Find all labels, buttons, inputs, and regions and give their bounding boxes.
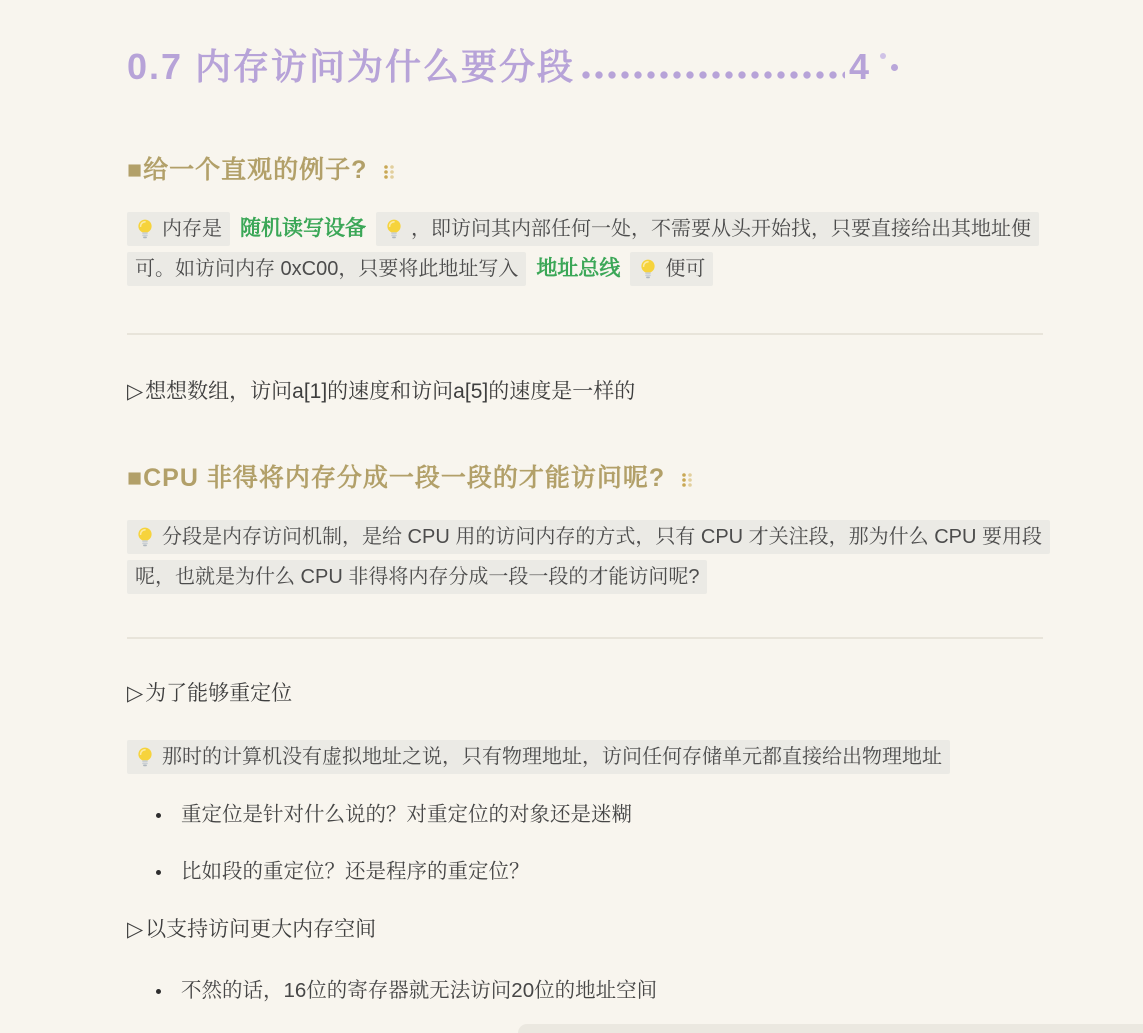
note-text: 那时的计算机没有虚拟地址之说，只有物理地址，访问任何存储单元都直接给出物理地址 — [162, 746, 942, 768]
cursor-dots-decoration — [871, 52, 905, 82]
highlight-note-block: 内存是随机读写设备，即访问其内部任何一处，不需要从头开始找，只要直接给出其地址便… — [127, 209, 1043, 289]
section-heading-text: ■给一个直观的例子? — [127, 155, 367, 185]
lightbulb-icon — [386, 219, 402, 239]
toggle-block: ▷为了能够重定位 — [127, 679, 1043, 709]
highlighted-text: 分段是内存访问机制，是给 CPU 用的访问内存的方式，只有 CPU 才关注段，那… — [127, 520, 1050, 594]
highlighted-text: 那时的计算机没有虚拟地址之说，只有物理地址，访问任何存储单元都直接给出物理地址 — [127, 740, 950, 774]
toggle-text: 以支持访问更大内存空间 — [145, 918, 376, 941]
list-item: 重定位是针对什么说的？对重定位的对象还是迷糊 — [173, 801, 1043, 829]
note-text: 内存是 — [162, 218, 222, 240]
section-divider — [127, 637, 1043, 639]
toggle-text: 为了能够重定位 — [145, 682, 292, 705]
lightbulb-icon — [137, 747, 153, 767]
toggle-block: ▷以支持访问更大内存空间 — [127, 915, 1043, 945]
green-term: 随机读写设备 — [240, 217, 366, 240]
lightbulb-icon — [640, 259, 656, 279]
note-text: 分段是内存访问机制，是给 CPU 用的访问内存的方式，只有 CPU 才关注段，那… — [135, 526, 1042, 588]
highlighted-text: 内存是 — [127, 212, 230, 246]
drag-handle-dots-icon[interactable] — [383, 164, 395, 180]
page-number: 4 — [849, 46, 871, 87]
bullet-list: 重定位是针对什么说的？对重定位的对象还是迷糊 比如段的重定位？还是程序的重定位？ — [127, 801, 1043, 886]
section-divider — [127, 333, 1043, 335]
list-item: 不然的话，16位的寄存器就无法访问20位的地址空间 — [173, 977, 1043, 1005]
toggle-text: 想想数组，访问a[1]的速度和访问a[5]的速度是一样的 — [145, 380, 635, 403]
note-text: 便可 — [665, 258, 705, 280]
lightbulb-icon — [137, 219, 153, 239]
lightbulb-icon — [137, 527, 153, 547]
document-page: 0.7 内存访问为什么要分段 4 ■给一个直观的例子? 内存是随机读写设备，即访… — [0, 0, 1143, 1005]
bullet-list: 不然的话，16位的寄存器就无法访问20位的地址空间 — [127, 977, 1043, 1005]
highlight-note-block: 分段是内存访问机制，是给 CPU 用的访问内存的方式，只有 CPU 才关注段，那… — [127, 517, 1043, 597]
toggle-block: ▷想想数组，访问a[1]的速度和访问a[5]的速度是一样的 — [127, 377, 1043, 407]
section-heading-cpu: ■CPU 非得将内存分成一段一段的才能访问呢? — [127, 463, 1043, 493]
highlighted-text: 便可 — [630, 252, 713, 286]
toggle-triangle-icon[interactable]: ▷ — [127, 918, 143, 941]
section-heading-example: ■给一个直观的例子? — [127, 155, 1043, 185]
toc-title: 0.7 内存访问为什么要分段 4 — [127, 46, 905, 87]
dotted-leader — [581, 70, 845, 80]
drag-handle-dots-icon[interactable] — [681, 472, 693, 488]
highlight-note-block: 那时的计算机没有虚拟地址之说，只有物理地址，访问任何存储单元都直接给出物理地址 — [127, 737, 1043, 777]
partial-highlight-block — [518, 1024, 1143, 1033]
list-item: 比如段的重定位？还是程序的重定位？ — [173, 858, 1043, 886]
green-term: 地址总线 — [536, 257, 620, 280]
title-text: 0.7 内存访问为什么要分段 — [127, 46, 575, 87]
toggle-triangle-icon[interactable]: ▷ — [127, 682, 143, 705]
toggle-triangle-icon[interactable]: ▷ — [127, 380, 143, 403]
section-heading-text: ■CPU 非得将内存分成一段一段的才能访问呢? — [127, 463, 665, 493]
